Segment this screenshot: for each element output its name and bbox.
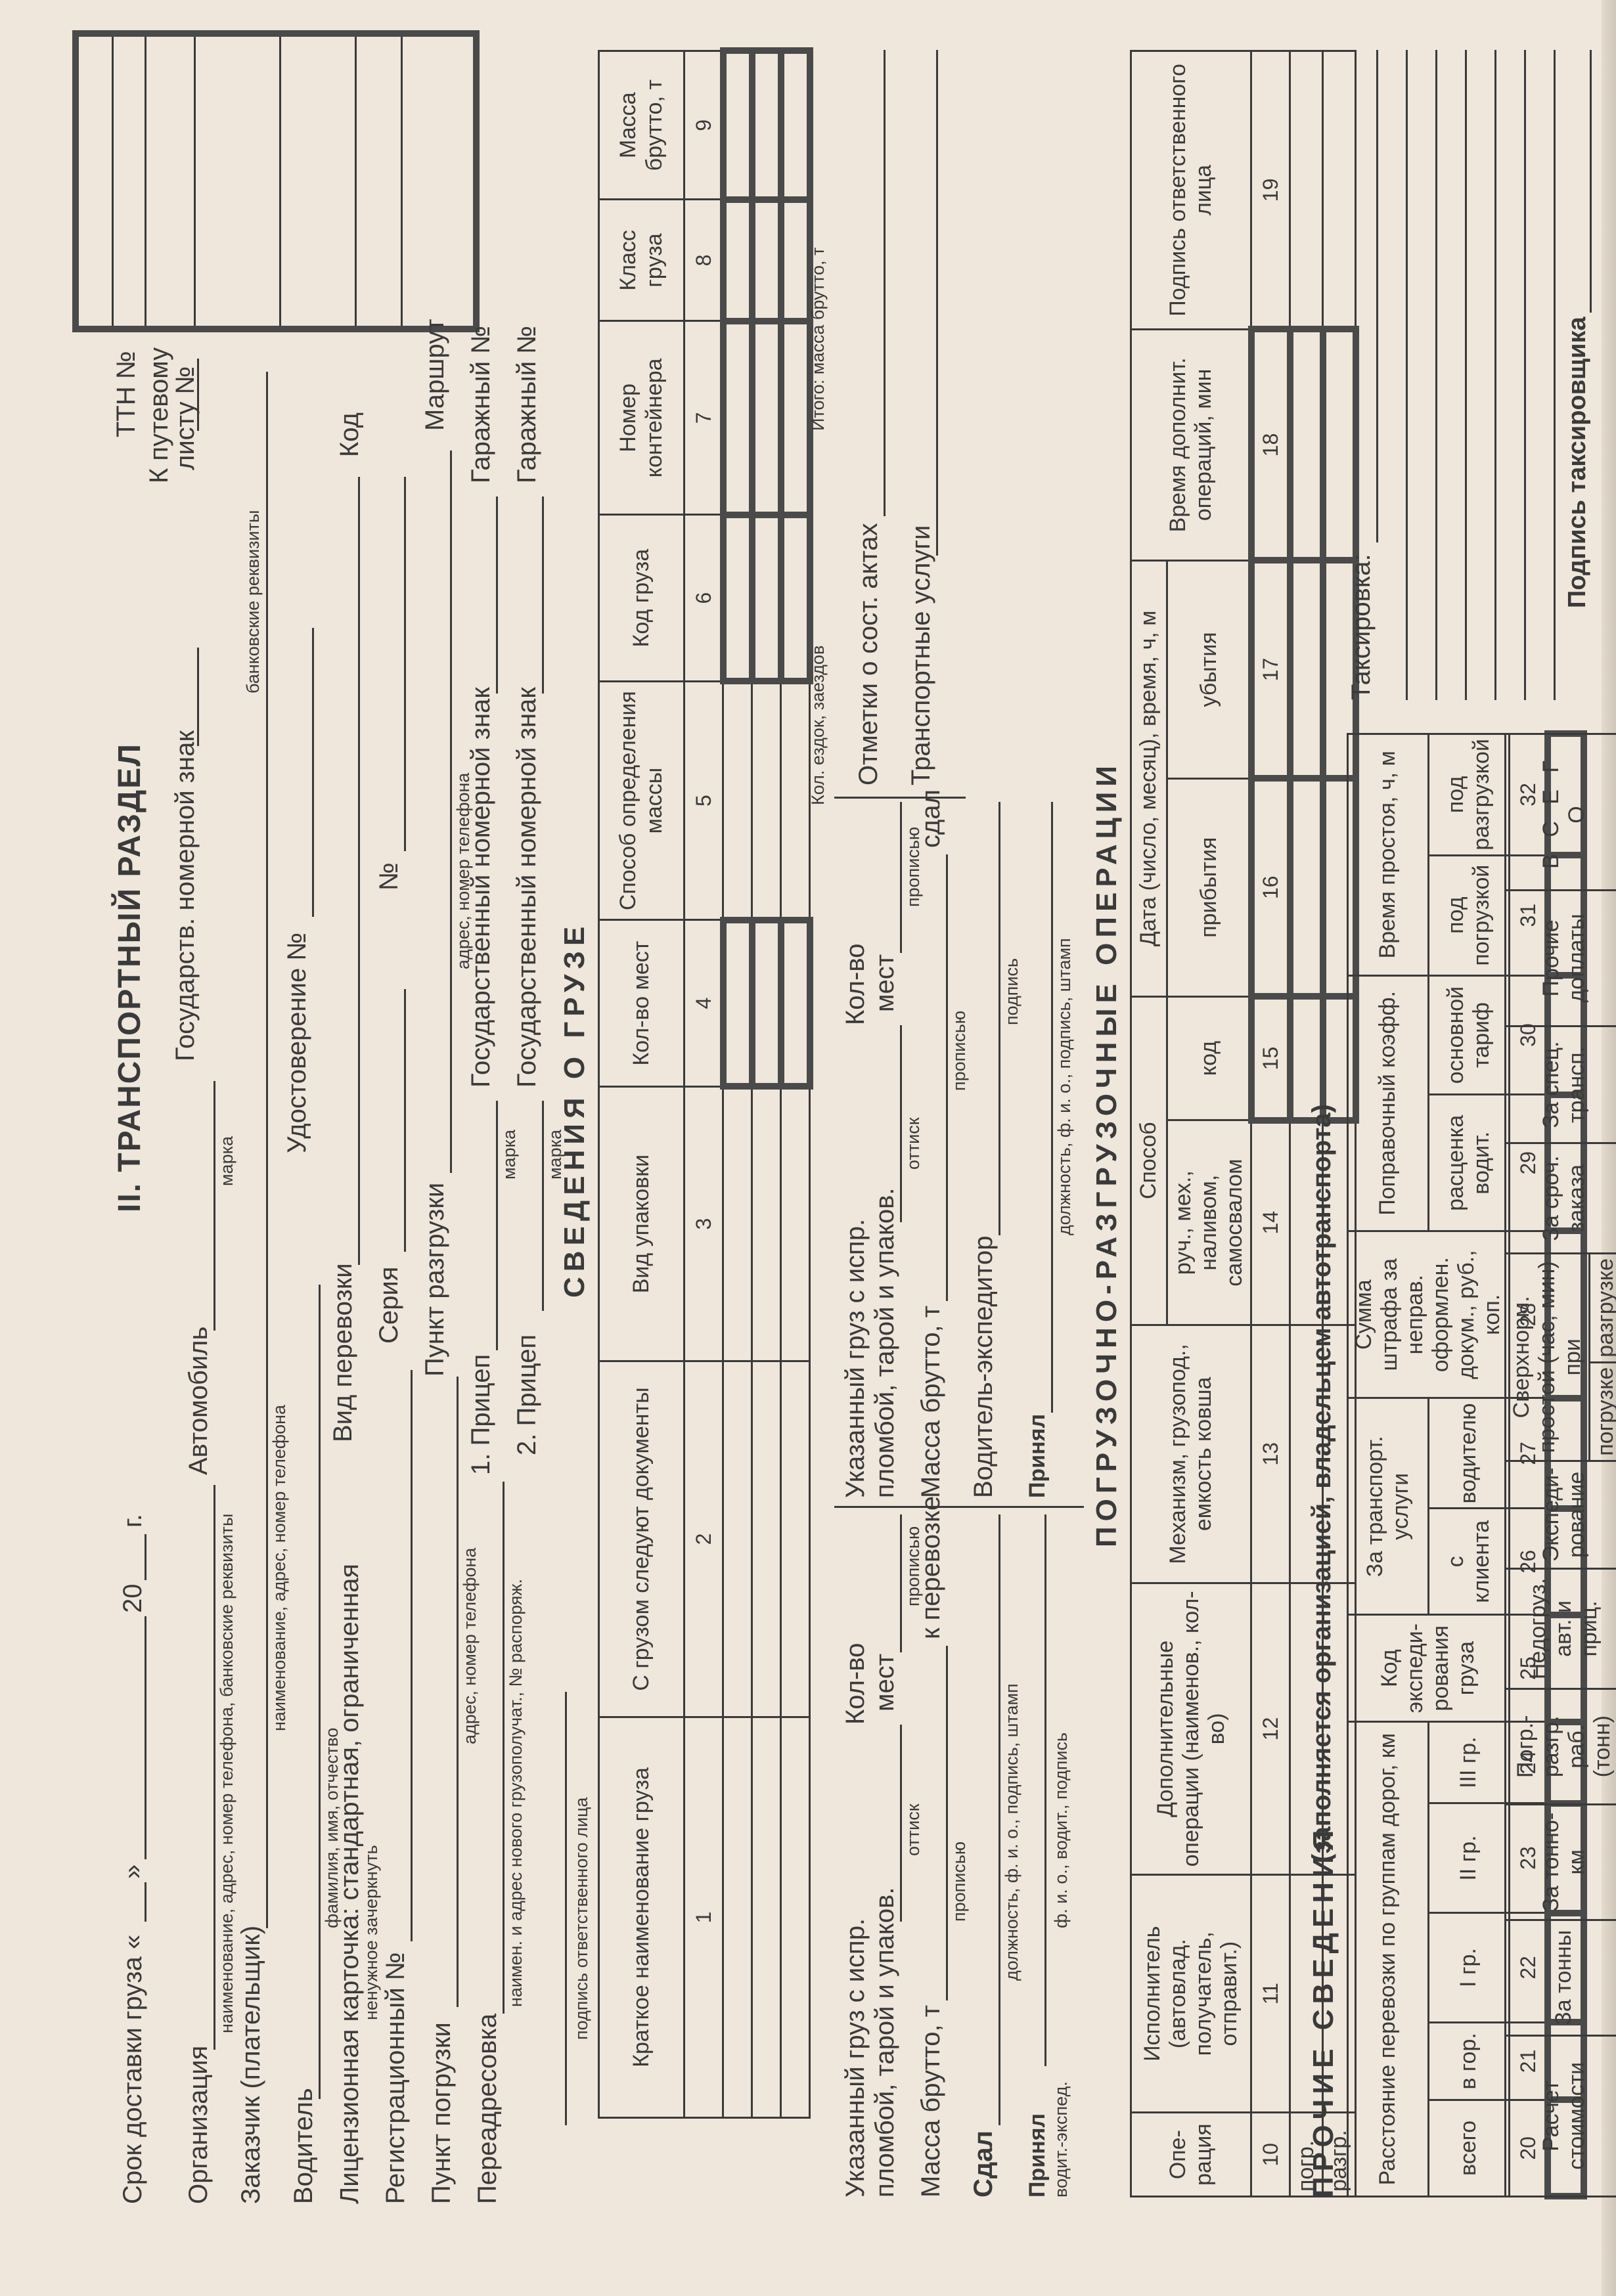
trailer1-label: 1. Прицеп [466, 1354, 496, 1475]
customer-bank-hint: банковские реквизиты [243, 510, 263, 694]
taxation-line[interactable] [1524, 50, 1526, 700]
ttn-number-box[interactable] [72, 30, 480, 332]
col-from-client: с клиента [1428, 1509, 1509, 1615]
readdress-hint: наимен. и адрес нового грузополучат., № … [506, 1579, 526, 2007]
received-label: Принял [1025, 2113, 1050, 2197]
col-transport-services: За транспорт. услуги [1348, 1398, 1429, 1615]
col-num: 6 [685, 515, 723, 682]
col-extra-time: Время дополнит. операций, мин [1131, 329, 1251, 560]
places-label: Кол-во [841, 944, 870, 1025]
number-field[interactable] [404, 477, 406, 851]
readdress-field[interactable] [503, 1482, 505, 2014]
gave-field[interactable] [999, 1514, 1000, 2125]
series-field[interactable] [404, 989, 406, 1252]
col-num: 19 [1251, 51, 1290, 330]
cargo-section-title: СВЕДЕНИЯ О ГРУЗЕ [558, 921, 591, 1298]
taxation-line[interactable] [1435, 50, 1437, 700]
col-places: Кол-во мест [599, 920, 685, 1087]
col-num: 10 [1251, 2113, 1290, 2197]
col-gross-mass: Масса брутто, т [599, 51, 685, 200]
col-city: в гор. [1428, 2022, 1509, 2100]
seal-hint: оттиск [903, 1803, 924, 1856]
waybill-label: К путевому [145, 347, 174, 483]
received-label: Принял [1025, 1414, 1050, 1498]
waybill-field[interactable] [197, 359, 199, 431]
other-section-subtitle: (заполняется организацией, владельцем ав… [1307, 1104, 1337, 1863]
trips-label: Кол. ездок, заездов [808, 646, 828, 805]
services-field[interactable] [936, 50, 938, 556]
route-label: Маршрут [420, 319, 450, 431]
seal-label-2: пломбой, тарой и упаков. [870, 1888, 900, 2197]
col-code: код [1167, 996, 1251, 1120]
places-label: Кол-во [841, 1643, 870, 1725]
mass-field[interactable] [946, 1646, 948, 2000]
col-method-sub: руч., мех., наливом, самосвалом [1167, 1120, 1251, 1325]
section-title: II. ТРАНСПОРТНЫЙ РАЗДЕЛ [112, 743, 148, 1212]
col-grand-total: В С Е Г О [1506, 734, 1616, 891]
number-label: № [374, 862, 404, 891]
taxation-signature-field[interactable] [1590, 50, 1592, 313]
mass-label: Масса брутто, т [916, 2005, 946, 2197]
col-arrival: прибытия [1167, 778, 1251, 996]
customer-hint: наименование, адрес, номер телефона [269, 1405, 290, 1731]
col-num: 7 [685, 321, 723, 515]
customer-field[interactable] [266, 372, 268, 1928]
seal-field[interactable] [900, 1725, 902, 1922]
driver-forwarder-hint: подпись [1002, 958, 1022, 1025]
year-prefix: 20 [118, 1584, 148, 1614]
code-label: Код [335, 412, 365, 457]
seal-hint: оттиск [903, 1117, 924, 1170]
received-sub: водит.-экспед. [1051, 2081, 1071, 2197]
seal-label: Указанный груз с испр. [841, 1918, 870, 2197]
col-signature: Подпись ответственного лица [1131, 51, 1251, 330]
taxation-line[interactable] [1554, 50, 1556, 700]
cargo-row[interactable] [781, 51, 810, 2118]
col-num: 1 [685, 1717, 723, 2117]
col-method: Способ [1131, 996, 1167, 1325]
organization-field[interactable] [213, 1485, 215, 2050]
reg-number-field[interactable] [411, 1370, 413, 1941]
col-extra-ops: Дополнительные операции (наименов., кол-… [1131, 1583, 1251, 1874]
col-urgent: За сроч. заказа [1506, 1143, 1616, 1254]
driver-label: Водитель [289, 2088, 319, 2204]
col-num: 17 [1251, 561, 1290, 779]
trailer2-plate-label: Государственный номерной знак [512, 687, 542, 1088]
col-group3: III гр. [1428, 1722, 1509, 1803]
col-idle-at-load: погрузке [1590, 1362, 1616, 1461]
col-num: 5 [685, 681, 723, 919]
seal-label: Указанный груз с испр. [841, 1219, 870, 1498]
transport-type-field[interactable] [358, 477, 360, 1265]
taxation-line[interactable] [1465, 50, 1467, 700]
marks-field[interactable] [884, 50, 886, 516]
other-section-title: ПРОЧИЕ СВЕДЕНИЯ [1307, 1825, 1340, 2197]
places-label-2: мест [870, 1654, 900, 1711]
transport-type-label: Вид перевозки [328, 1263, 358, 1442]
license-card-hint: ненужное зачеркнуть [361, 1845, 382, 2020]
col-num: 4 [685, 920, 723, 1087]
trailer1-garage-label: Гаражный № [466, 326, 496, 483]
trailer1-hint: марка [499, 1130, 520, 1180]
unloading-point-field[interactable] [450, 451, 452, 1173]
delivery-label: Срок доставки груза « [118, 1935, 148, 2204]
col-packaging: Вид упаковки [599, 1086, 685, 1361]
waybill-label-2: листу № [171, 366, 200, 470]
places-field[interactable] [900, 802, 902, 953]
vehicle-label: Автомобиль [184, 1327, 213, 1475]
readdress-label: Переадресовка [473, 2014, 503, 2204]
taxation-signature-label: Подпись таксировщика [1563, 317, 1592, 608]
col-num: 9 [685, 51, 723, 200]
gave-label: Сдал [969, 2130, 999, 2197]
mass-field[interactable] [946, 854, 948, 1301]
mass-hint: прописью [949, 1011, 970, 1091]
license-label: Удостоверение № [282, 933, 312, 1153]
col-mechanism: Механизм, грузопод., емкость ковша [1131, 1325, 1251, 1583]
received-field[interactable] [1051, 802, 1053, 1413]
services-label: Транспортные услуги [907, 525, 936, 785]
year-field[interactable] [145, 1534, 146, 1580]
gave-hint: должность, ф. и. о., подпись, штамп [1002, 1683, 1022, 1981]
col-per-tkm: За тонно-км [1506, 1804, 1616, 1920]
marks-label: Отметки о сост. актах [854, 523, 884, 785]
mass-label: Масса брутто, т [916, 1306, 946, 1498]
handover-left: Указанный груз с испр. пломбой, тарой и … [841, 1514, 1031, 2197]
places-label-2: мест [870, 954, 900, 1012]
received-left: Принял водит.-экспед. ф. и. о., водит., … [1025, 1514, 1077, 2197]
col-coef-driver: расценка водит. [1428, 1095, 1509, 1231]
trailer1-plate-label: Государственный номерной знак [466, 687, 496, 1088]
mass-hint: прописью [949, 1842, 970, 1922]
cost-calc-table: Расчет стоимости За тонны За тонно-км По… [1504, 733, 1616, 2197]
col-idle-at-unload: разгрузке [1590, 1254, 1616, 1363]
col-idle-unload: под разгрузкой [1428, 734, 1509, 856]
loading-point-label: Пункт погрузки [427, 2022, 457, 2204]
reg-number-label: Регистрационный № [381, 1952, 411, 2204]
col-date: Дата (число, месяц), время, ч, м [1131, 561, 1167, 997]
loading-section-title: ПОГРУЗОЧНО-РАЗГРУЗОЧНЫЕ ОПЕРАЦИИ [1090, 761, 1123, 1547]
col-group1: I гр. [1428, 1913, 1509, 2023]
trailer2-plate-field[interactable] [542, 497, 544, 694]
year-suffix: г. [118, 1514, 148, 1528]
col-coef: Поправочный коэфф. [1348, 975, 1429, 1231]
divider [834, 797, 966, 799]
customer-label: Заказчик (плательщик) [236, 1926, 266, 2204]
divider [834, 1506, 1084, 1508]
col-documents: С грузом следуют документы [599, 1361, 685, 1717]
loading-point-field[interactable] [457, 1377, 459, 2007]
taxation-line[interactable] [1494, 50, 1496, 700]
series-label: Серия [374, 1267, 404, 1344]
col-cargo-name: Краткое наименование груза [599, 1717, 685, 2117]
col-expediting: Экспеди-рование [1506, 1461, 1616, 1568]
trailer1-field[interactable] [496, 1101, 498, 1350]
col-group2: II гр. [1428, 1803, 1509, 1913]
taxation-line[interactable] [1406, 50, 1408, 700]
col-num: 3 [685, 1086, 723, 1361]
col-num: 13 [1251, 1325, 1290, 1583]
col-special: За спец. трансп. [1506, 1026, 1616, 1143]
responsible-signature-field[interactable] [565, 1692, 567, 2125]
col-exp-code: Код экспеди-рования груза [1348, 1615, 1510, 1722]
col-to-driver: водителю [1428, 1398, 1509, 1509]
delivery-month-field[interactable] [145, 1616, 146, 1859]
loading-point-hint: адрес, номер телефона [460, 1548, 480, 1744]
organization-hint: наименование, адрес, номер телефона, бан… [217, 1514, 237, 2033]
driver-field[interactable] [319, 1285, 321, 2099]
handover-right: Указанный груз с испр. пломбой, тарой и … [841, 802, 1090, 1498]
col-num: 14 [1251, 1120, 1290, 1325]
col-cargo-class: Класс груза [599, 200, 685, 321]
col-num: 8 [685, 200, 723, 321]
col-distance: Расстояние перевозки по группам дорог, к… [1348, 1722, 1429, 2197]
delivery-day-field[interactable] [145, 1882, 146, 1922]
cargo-row[interactable] [723, 51, 752, 2118]
ttn-label: ТТН № [112, 351, 141, 437]
col-idle-load: под погрузкой [1428, 855, 1509, 975]
trailer2-label: 2. Прицеп [512, 1335, 542, 1455]
license-card-label: Лицензионная карточка: стандартная, огра… [335, 1564, 365, 2204]
received-hint: должность, ф. и. о., подпись, штамп [1054, 938, 1075, 1235]
trailer2-field[interactable] [542, 1101, 544, 1311]
cargo-row[interactable] [752, 51, 781, 2118]
col-container: Номер контейнера [599, 321, 685, 515]
col-coef-tariff: основной тариф [1428, 975, 1509, 1095]
taxation-label: Таксировка: [1347, 554, 1376, 700]
col-operation: Опе-рация [1131, 2113, 1251, 2197]
places-field[interactable] [900, 1514, 902, 1652]
received-hint: ф. и. о., водит., подпись [1051, 1733, 1071, 1928]
plate-label: Государств. номерной знак [171, 730, 200, 1061]
cargo-table: Краткое наименование груза С грузом след… [598, 50, 811, 2119]
vehicle-field[interactable] [213, 1081, 215, 1331]
col-loading-work: Погр.-разгр. раб. (тонн) [1506, 1689, 1616, 1804]
col-mass-method: Способ определения массы [599, 681, 685, 919]
col-num: 11 [1251, 1874, 1290, 2112]
col-cargo-code: Код груза [599, 515, 685, 682]
received-field[interactable] [1044, 1514, 1046, 2066]
col-other-payments: Прочие доплаты [1506, 891, 1616, 1027]
mass-tail: к перевозке [916, 1496, 946, 1639]
responsible-signature-hint: подпись ответственного лица [572, 1798, 592, 2040]
unloading-point-label: Пункт разгрузки [420, 1183, 450, 1377]
col-num: 16 [1251, 778, 1290, 996]
col-num: 15 [1251, 996, 1290, 1120]
organization-label: Организация [184, 2046, 213, 2204]
col-executor: Исполнитель (автовлад. получатель, отпра… [1131, 1874, 1251, 2112]
delivery-quote: » [118, 1865, 148, 1879]
col-per-ton: За тонны [1506, 1920, 1616, 2035]
col-calc: Расчет стоимости [1506, 2035, 1616, 2196]
trailer2-garage-label: Гаражный № [512, 326, 542, 483]
total-mass-label: Итого: масса брутто, т [808, 248, 828, 431]
col-underload: Недогруз. авт. и приц. [1506, 1568, 1616, 1689]
col-overtime-idle: Сверхнорм. простой (час, мин) при [1506, 1254, 1590, 1461]
driver-forwarder-label: Водитель-экспедитор [969, 1236, 999, 1498]
seal-field[interactable] [900, 1025, 902, 1222]
col-num: 12 [1251, 1583, 1290, 1874]
col-num: 2 [685, 1361, 723, 1717]
col-num: 18 [1251, 329, 1290, 560]
plate-field[interactable] [197, 648, 199, 746]
license-field[interactable] [312, 628, 314, 917]
vehicle-hint: марка [217, 1136, 237, 1186]
col-idle: Время простоя, ч, м [1348, 734, 1429, 976]
taxation-line[interactable] [1376, 50, 1378, 542]
col-fine: Сумма штрафа за неправ. оформлен. докум.… [1348, 1231, 1510, 1398]
driver-forwarder-field[interactable] [999, 802, 1000, 1235]
seal-label-2: пломбой, тарой и упаков. [870, 1188, 900, 1498]
col-total: всего [1428, 2100, 1509, 2196]
ttn-transport-section: Срок доставки груза « » 20 г. II. ТРАНСП… [0, 0, 1616, 2296]
col-departure: убытия [1167, 561, 1251, 779]
trailer1-plate-field[interactable] [496, 497, 498, 694]
